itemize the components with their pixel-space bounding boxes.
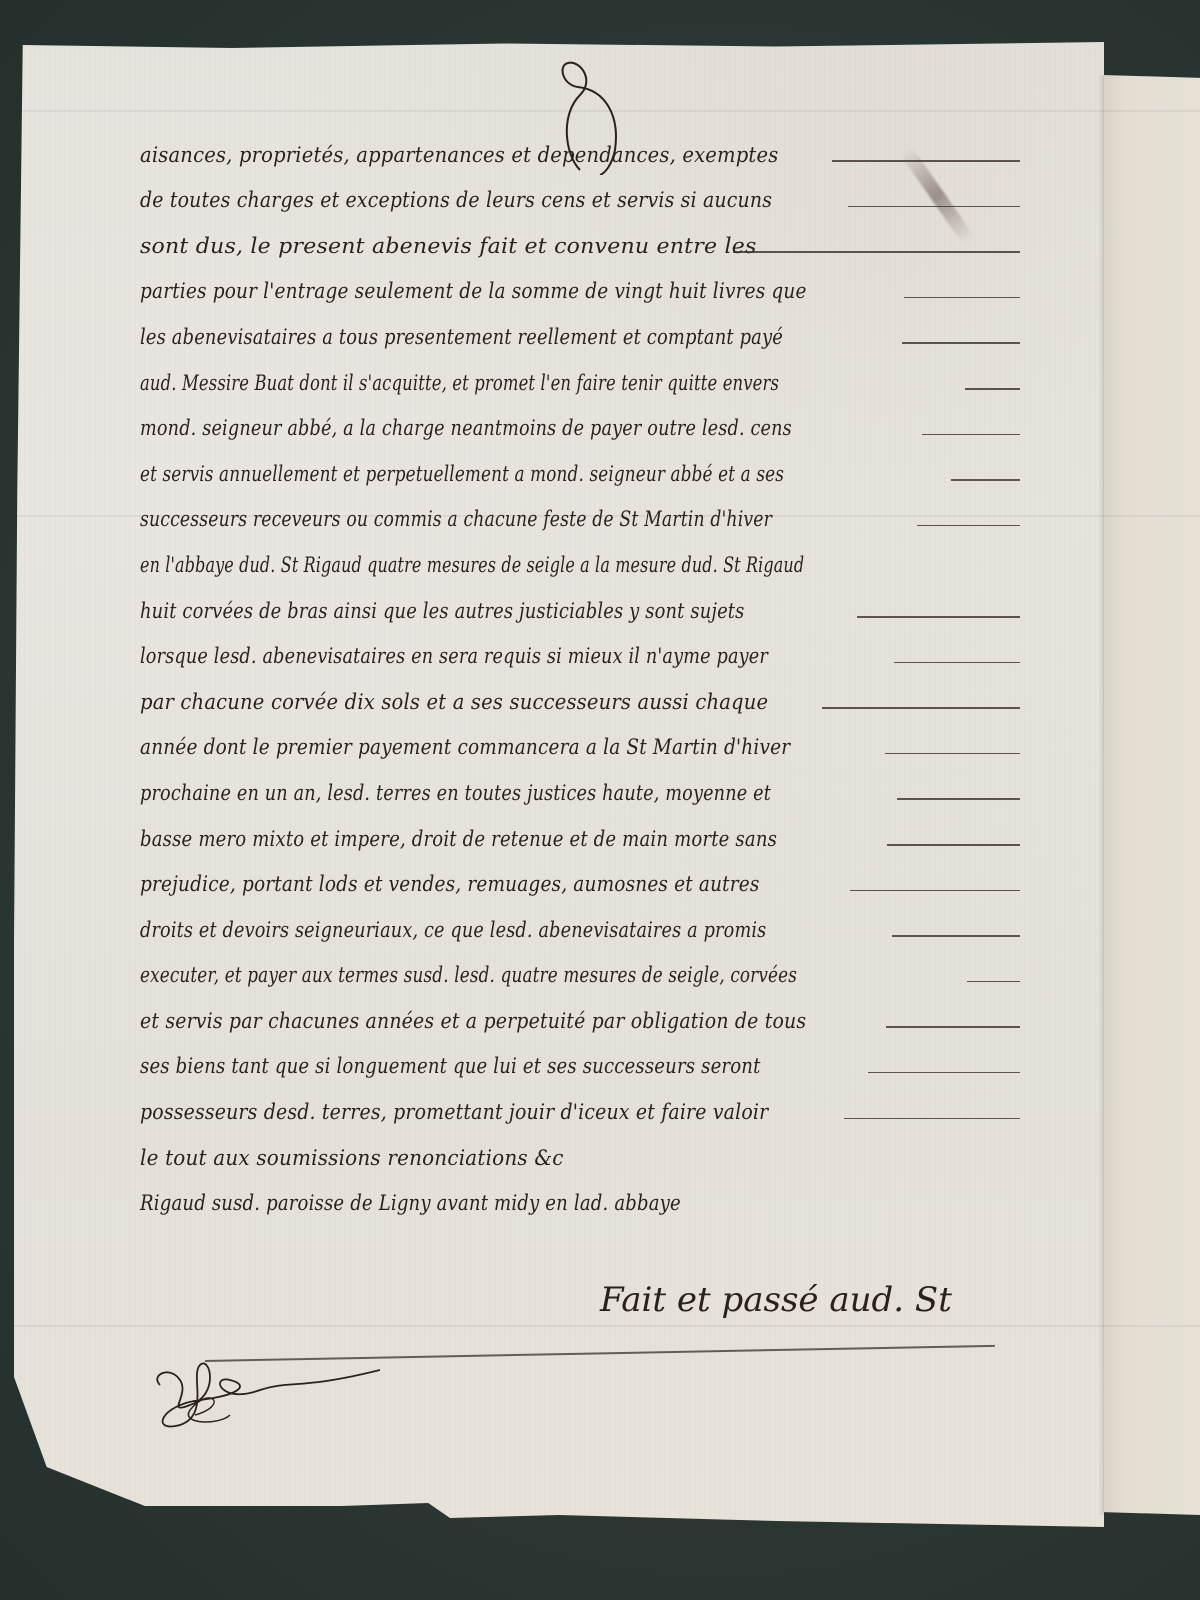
line-text: parties pour l'entrage seulement de la s…: [140, 281, 807, 310]
text-line: en l'abbaye dud. St Rigaud quatre mesure…: [140, 538, 1020, 584]
text-line: aud. Messire Buat dont il s'acquitte, et…: [140, 356, 1020, 402]
line-text: de toutes charges et exceptions de leurs…: [140, 190, 772, 219]
line-filler-stroke: [894, 662, 1020, 664]
line-filler-stroke: [922, 434, 1020, 436]
line-text: basse mero mixto et impere, droit de ret…: [140, 829, 777, 858]
line-filler-stroke: [848, 206, 1020, 208]
line-filler-stroke: [951, 479, 1020, 481]
text-line: huit corvées de bras ainsi que les autre…: [140, 584, 1020, 630]
line-filler-stroke: [886, 1026, 1020, 1028]
line-text: ses biens tant que si longuement que lui…: [140, 1056, 761, 1085]
text-line: mond. seigneur abbé, a la charge neantmo…: [140, 402, 1020, 448]
text-line: droits et devoirs seigneuriaux, ce que l…: [140, 903, 1020, 949]
line-filler-stroke: [868, 1072, 1020, 1074]
line-filler-stroke: [887, 844, 1020, 846]
text-line: basse mero mixto et impere, droit de ret…: [140, 812, 1020, 858]
line-text: prejudice, portant lods et vendes, remua…: [140, 874, 760, 903]
text-line: de toutes charges et exceptions de leurs…: [140, 174, 1020, 220]
line-text: possesseurs desd. terres, promettant jou…: [140, 1102, 768, 1131]
line-filler-stroke: [904, 297, 1020, 299]
line-text: executer, et payer aux termes susd. lesd…: [140, 965, 797, 994]
line-filler-stroke: [892, 935, 1020, 937]
line-filler-stroke: [965, 388, 1020, 390]
paraphe-signature-icon: [150, 1345, 380, 1435]
line-text: mond. seigneur abbé, a la charge neantmo…: [140, 418, 792, 447]
line-text: aisances, proprietés, appartenances et d…: [140, 145, 778, 174]
line-filler-stroke: [885, 753, 1020, 755]
paper-crease-bottom: [14, 1325, 1200, 1327]
line-text: les abenevisataires a tous presentement …: [140, 327, 783, 356]
line-text: et servis annuellement et perpetuellemen…: [140, 464, 784, 493]
text-line: prochaine en un an, lesd. terres en tout…: [140, 766, 1020, 812]
line-filler-stroke: [850, 890, 1020, 892]
line-filler-stroke: [822, 707, 1020, 709]
text-line: sont dus, le present abenevis fait et co…: [140, 219, 1020, 265]
line-text: aud. Messire Buat dont il s'acquitte, et…: [140, 373, 779, 402]
line-text: le tout aux soumissions renonciations &c: [140, 1148, 564, 1177]
line-text: lorsque lesd. abenevisataires en sera re…: [140, 646, 768, 675]
line-filler-stroke: [844, 1118, 1020, 1120]
text-line: parties pour l'entrage seulement de la s…: [140, 265, 1020, 311]
line-text: prochaine en un an, lesd. terres en tout…: [140, 783, 771, 812]
text-line: et servis annuellement et perpetuellemen…: [140, 447, 1020, 493]
line-text: en l'abbaye dud. St Rigaud quatre mesure…: [140, 555, 804, 584]
line-text: année dont le premier payement commancer…: [140, 737, 790, 766]
line-text: huit corvées de bras ainsi que les autre…: [140, 601, 744, 630]
text-line: successeurs receveurs ou commis a chacun…: [140, 493, 1020, 539]
line-filler-stroke: [917, 525, 1020, 527]
fait-et-passe-heading: Fait et passé aud. St: [600, 1280, 952, 1320]
line-text: par chacune corvée dix sols et a ses suc…: [140, 692, 768, 721]
line-filler-stroke: [857, 616, 1020, 618]
text-line: Rigaud susd. paroisse de Ligny avant mid…: [140, 1177, 1020, 1223]
text-line: ses biens tant que si longuement que lui…: [140, 1040, 1020, 1086]
line-text: sont dus, le present abenevis fait et co…: [140, 236, 757, 265]
line-filler-stroke: [967, 981, 1020, 983]
line-filler-stroke: [897, 798, 1020, 800]
line-text: successeurs receveurs ou commis a chacun…: [140, 509, 772, 538]
manuscript-body: aisances, proprietés, appartenances et d…: [140, 128, 1020, 1222]
text-line: prejudice, portant lods et vendes, remua…: [140, 858, 1020, 904]
line-text: droits et devoirs seigneuriaux, ce que l…: [140, 920, 766, 949]
folded-flap: [1103, 75, 1200, 1515]
text-line: le tout aux soumissions renonciations &c: [140, 1131, 1020, 1177]
text-line: aisances, proprietés, appartenances et d…: [140, 128, 1020, 174]
line-text: Rigaud susd. paroisse de Ligny avant mid…: [140, 1193, 681, 1222]
text-line: par chacune corvée dix sols et a ses suc…: [140, 675, 1020, 721]
line-filler-stroke: [733, 251, 1020, 253]
line-filler-stroke: [902, 342, 1020, 344]
text-line: les abenevisataires a tous presentement …: [140, 310, 1020, 356]
text-line: executer, et payer aux termes susd. lesd…: [140, 949, 1020, 995]
text-line: lorsque lesd. abenevisataires en sera re…: [140, 630, 1020, 676]
text-line: année dont le premier payement commancer…: [140, 721, 1020, 767]
text-line: et servis par chacunes années et a perpe…: [140, 994, 1020, 1040]
text-line: possesseurs desd. terres, promettant jou…: [140, 1085, 1020, 1131]
line-filler-stroke: [832, 160, 1020, 162]
line-text: et servis par chacunes années et a perpe…: [140, 1011, 806, 1040]
